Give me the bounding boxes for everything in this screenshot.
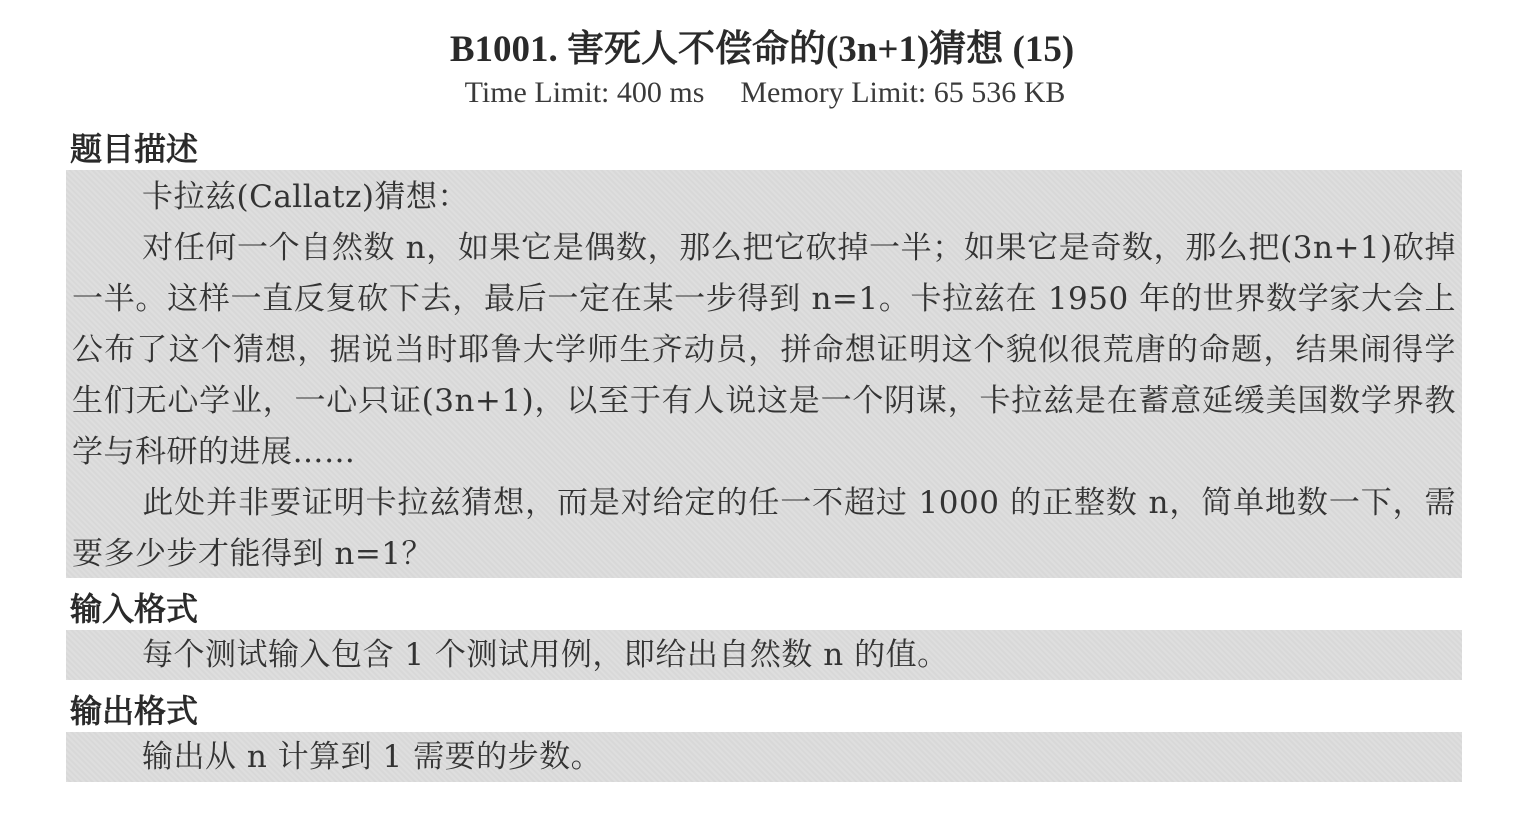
time-limit: Time Limit: 400 ms bbox=[465, 76, 705, 110]
description-paragraph-1: 卡拉兹(Callatz)猜想： bbox=[72, 172, 1456, 223]
output-format-heading: 输出格式 bbox=[70, 686, 198, 732]
input-format-text: 每个测试输入包含 1 个测试用例，即给出自然数 n 的值。 bbox=[142, 637, 949, 673]
problem-title-text: B1001. 害死人不偿命的(3n+1)猜想 (15) bbox=[450, 18, 1074, 72]
input-format-heading: 输入格式 bbox=[70, 584, 198, 630]
memory-limit: Memory Limit: 65 536 KB bbox=[740, 76, 1065, 110]
output-format-box: 输出从 n 计算到 1 需要的步数。 bbox=[66, 732, 1462, 782]
description-paragraph-3-text: 此处并非要证明卡拉兹猜想，而是对给定的任一不超过 1000 的正整数 n，简单地… bbox=[72, 485, 1456, 572]
output-format-text: 输出从 n 计算到 1 需要的步数。 bbox=[142, 739, 602, 775]
description-heading: 题目描述 bbox=[70, 124, 198, 170]
problem-limits: Time Limit: 400 msMemory Limit: 65 536 K… bbox=[0, 76, 1530, 110]
input-format-box: 每个测试输入包含 1 个测试用例，即给出自然数 n 的值。 bbox=[66, 630, 1462, 680]
description-paragraph-2-text: 对任何一个自然数 n，如果它是偶数，那么把它砍掉一半；如果它是奇数，那么把(3n… bbox=[72, 230, 1456, 470]
output-format-paragraph: 输出从 n 计算到 1 需要的步数。 bbox=[72, 732, 1456, 783]
description-paragraph-3: 此处并非要证明卡拉兹猜想，而是对给定的任一不超过 1000 的正整数 n，简单地… bbox=[72, 478, 1456, 580]
input-format-paragraph: 每个测试输入包含 1 个测试用例，即给出自然数 n 的值。 bbox=[72, 630, 1456, 681]
description-paragraph-1-text: 卡拉兹(Callatz)猜想： bbox=[142, 179, 469, 215]
description-box: 卡拉兹(Callatz)猜想： 对任何一个自然数 n，如果它是偶数，那么把它砍掉… bbox=[66, 170, 1462, 578]
problem-title: B1001. 害死人不偿命的(3n+1)猜想 (15) bbox=[0, 18, 1530, 72]
description-paragraph-2: 对任何一个自然数 n，如果它是偶数，那么把它砍掉一半；如果它是奇数，那么把(3n… bbox=[72, 223, 1456, 478]
